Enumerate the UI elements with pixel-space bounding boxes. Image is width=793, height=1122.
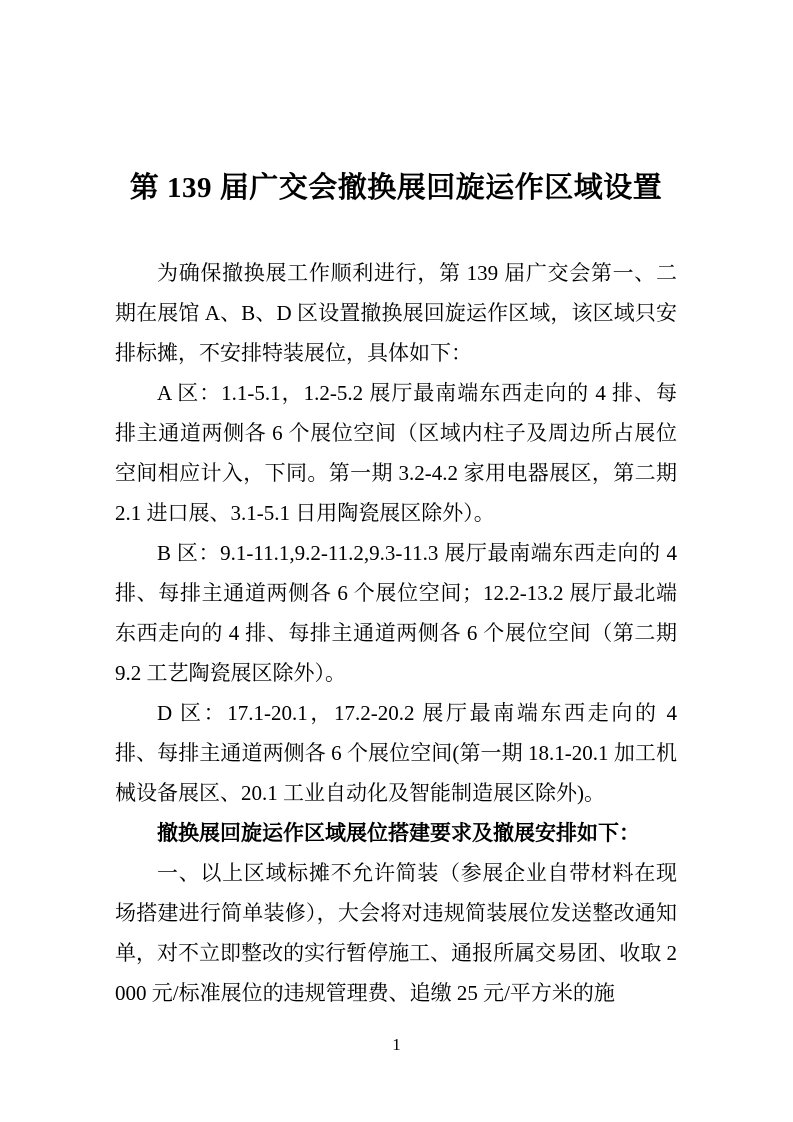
paragraph-area-b: B 区：9.1-11.1,9.2-11.2,9.3-11.3 展厅最南端东西走向…: [115, 533, 677, 693]
paragraph-area-a: A 区：1.1-5.1，1.2-5.2 展厅最南端东西走向的 4 排、每排主通道…: [115, 373, 677, 533]
paragraph-rule-1: 一、以上区域标摊不允许简装（参展企业自带材料在现场搭建进行简单装修），大会将对违…: [115, 853, 677, 1013]
document-body: 第 139 届广交会撤换展回旋运作区域设置 为确保撤换展工作顺利进行，第 139…: [115, 163, 677, 1013]
document-title: 第 139 届广交会撤换展回旋运作区域设置: [115, 163, 677, 213]
paragraph-area-d: D 区：17.1-20.1，17.2-20.2 展厅最南端东西走向的 4 排、每…: [115, 693, 677, 813]
paragraph-intro: 为确保撤换展工作顺利进行，第 139 届广交会第一、二期在展馆 A、B、D 区设…: [115, 253, 677, 373]
document-page: 第 139 届广交会撤换展回旋运作区域设置 为确保撤换展工作顺利进行，第 139…: [0, 0, 793, 1122]
section-heading-requirements: 撤换展回旋运作区域展位搭建要求及撤展安排如下：: [115, 813, 677, 853]
page-number: 1: [0, 1033, 793, 1057]
